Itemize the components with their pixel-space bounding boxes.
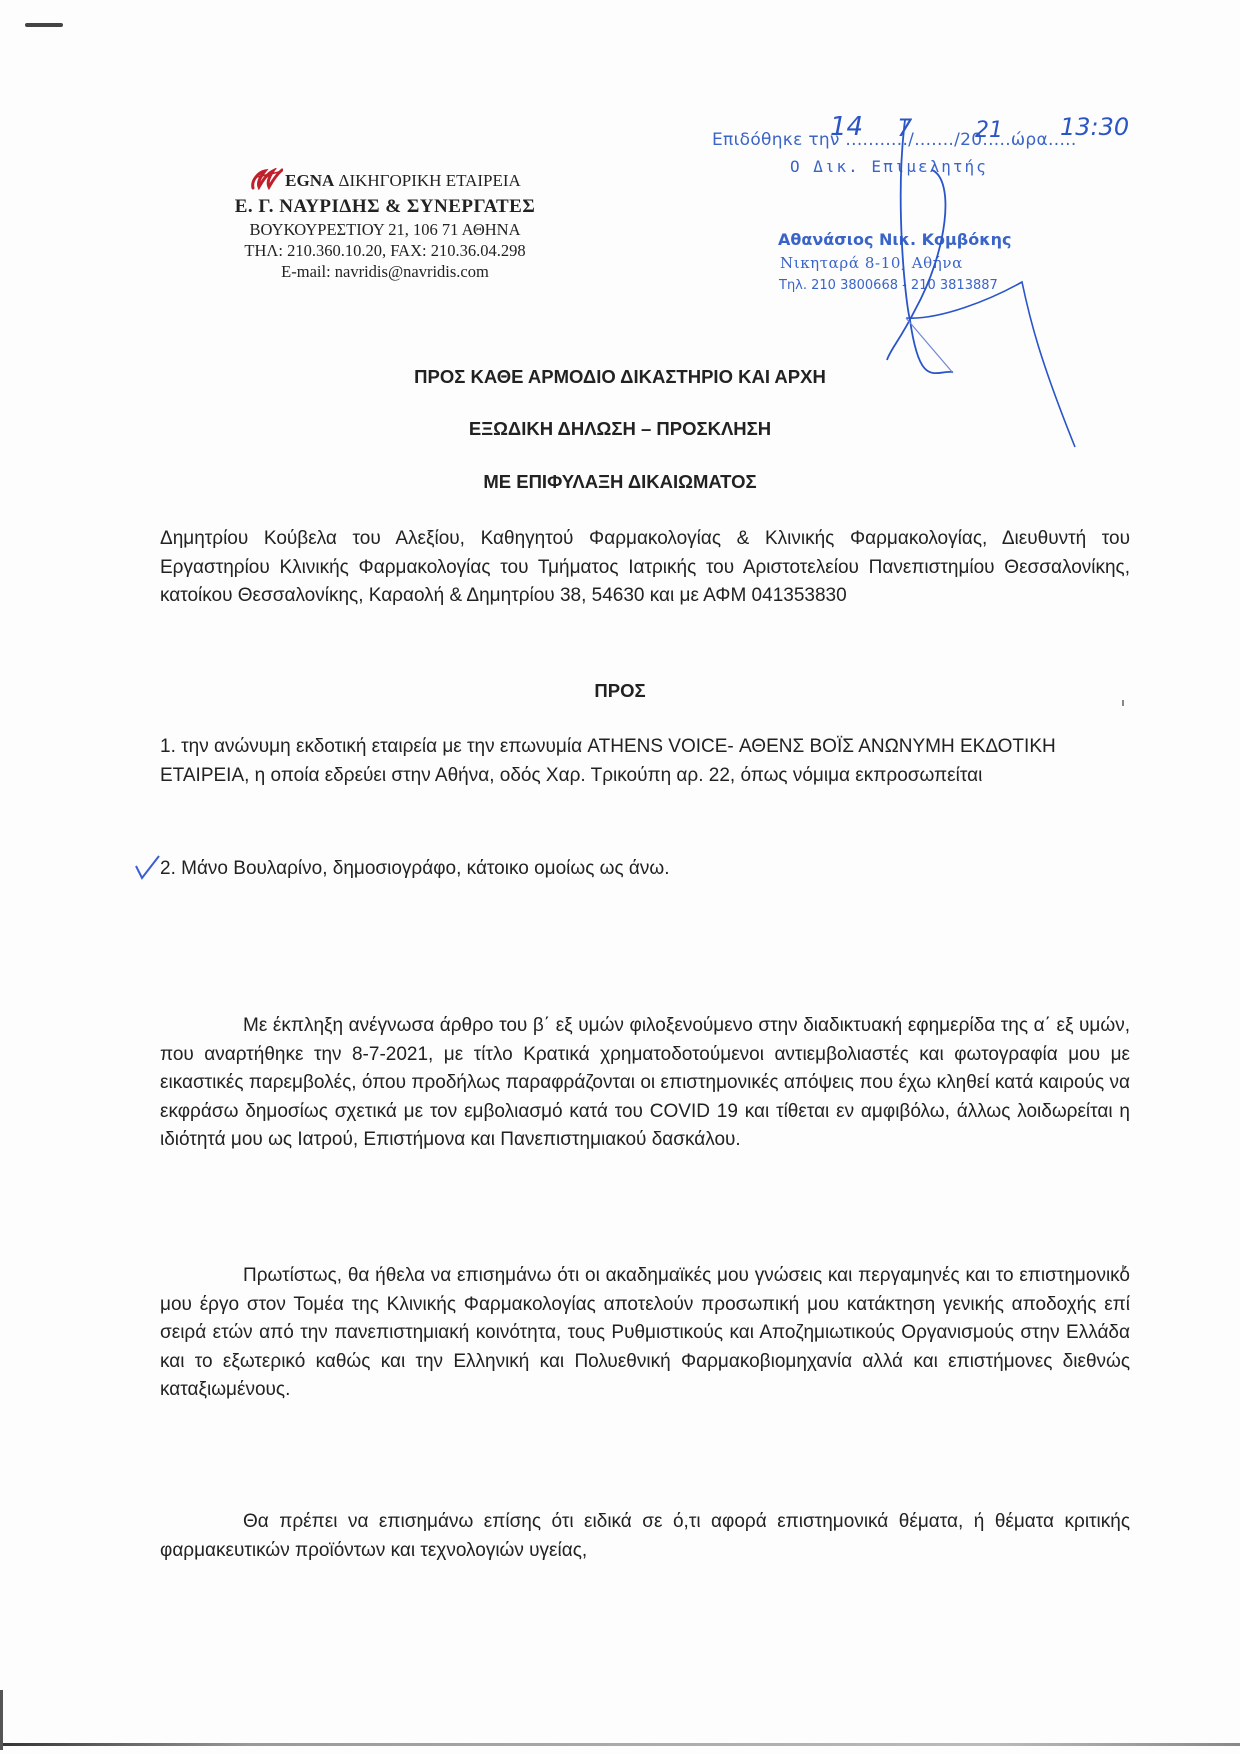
letterhead-phone-fax: ΤΗΛ: 210.360.10.20, FAX: 210.36.04.298 [205,240,565,261]
scan-edge-line [0,1743,1240,1746]
letterhead: EGNA ΔΙΚΗΓΟΡΙΚΗ ΕΤΑΙΡΕΙΑ Ε. Γ. ΝΑΥΡΙΔΗΣ … [205,168,565,282]
recipient-item: 2. Μάνο Βουλαρίνο, δημοσιογράφο, κάτοικο… [160,858,670,880]
bailiff-signature [0,0,1240,480]
sender-paragraph: Δημητρίου Κούβελα του Αλεξίου, Καθηγητού… [160,525,1130,611]
served-on-label: Επιδόθηκε την .........../......./20....… [712,130,1077,150]
recipient-item: 1. την ανώνυμη εκδοτική εταιρεία με την … [160,733,1100,790]
handwritten-month: 7 [897,114,912,142]
reservation-heading: ΜΕ ΕΠΙΦΥΛΑΞΗ ΔΙΚΑΙΩΜΑΤΟΣ [0,471,1240,493]
scan-edge-left [0,1690,3,1750]
egna-logo-icon [249,168,283,195]
handwritten-time: 13:30 [1060,113,1129,141]
bailiff-name: Αθανάσιος Νικ. Κομβόκης [778,230,1012,249]
to-heading: ΠΡΟΣ [0,680,1240,702]
body-paragraph: Με έκπληξη ανέγνωσα άρθρο του β΄ εξ υμών… [160,1012,1130,1155]
letterhead-firm-type: EGNA ΔΙΚΗΓΟΡΙΚΗ ΕΤΑΙΡΕΙΑ [205,168,565,195]
letterhead-firm-name: Ε. Γ. ΝΑΥΡΙΔΗΣ & ΣΥΝΕΡΓΑΤΕΣ [205,195,565,219]
body-paragraph: Πρωτίστως, θα ήθελα να επισημάνω ότι οι … [160,1262,1130,1405]
handwritten-day: 14 [830,112,863,142]
letterhead-address: ΒΟΥΚΟΥΡΕΣΤΙΟΥ 21, 106 71 ΑΘΗΝΑ [205,219,565,240]
document-type-heading: ΕΞΩΔΙΚΗ ΔΗΛΩΣΗ – ΠΡΟΣΚΛΗΣΗ [0,418,1240,440]
addressee-heading: ΠΡΟΣ ΚΑΘΕ ΑΡΜΟΔΙΟ ΔΙΚΑΣΤΗΡΙΟ ΚΑΙ ΑΡΧΗ [0,366,1240,388]
handwritten-year: 21 [975,118,1003,143]
checkmark-icon [132,852,162,887]
bailiff-label: Ο Δικ. Επιμελητής [790,157,988,176]
bailiff-phone: Τηλ. 210 3800668 - 210 3813887 [779,278,998,293]
bailiff-address: Νικηταρά 8-10, Αθήνα [780,254,963,272]
scan-artifact-mark [25,23,63,27]
body-paragraph: Θα πρέπει να επισημάνω επίσης ότι ειδικά… [160,1508,1130,1565]
letterhead-email: E-mail: navridis@navridis.com [205,261,565,282]
